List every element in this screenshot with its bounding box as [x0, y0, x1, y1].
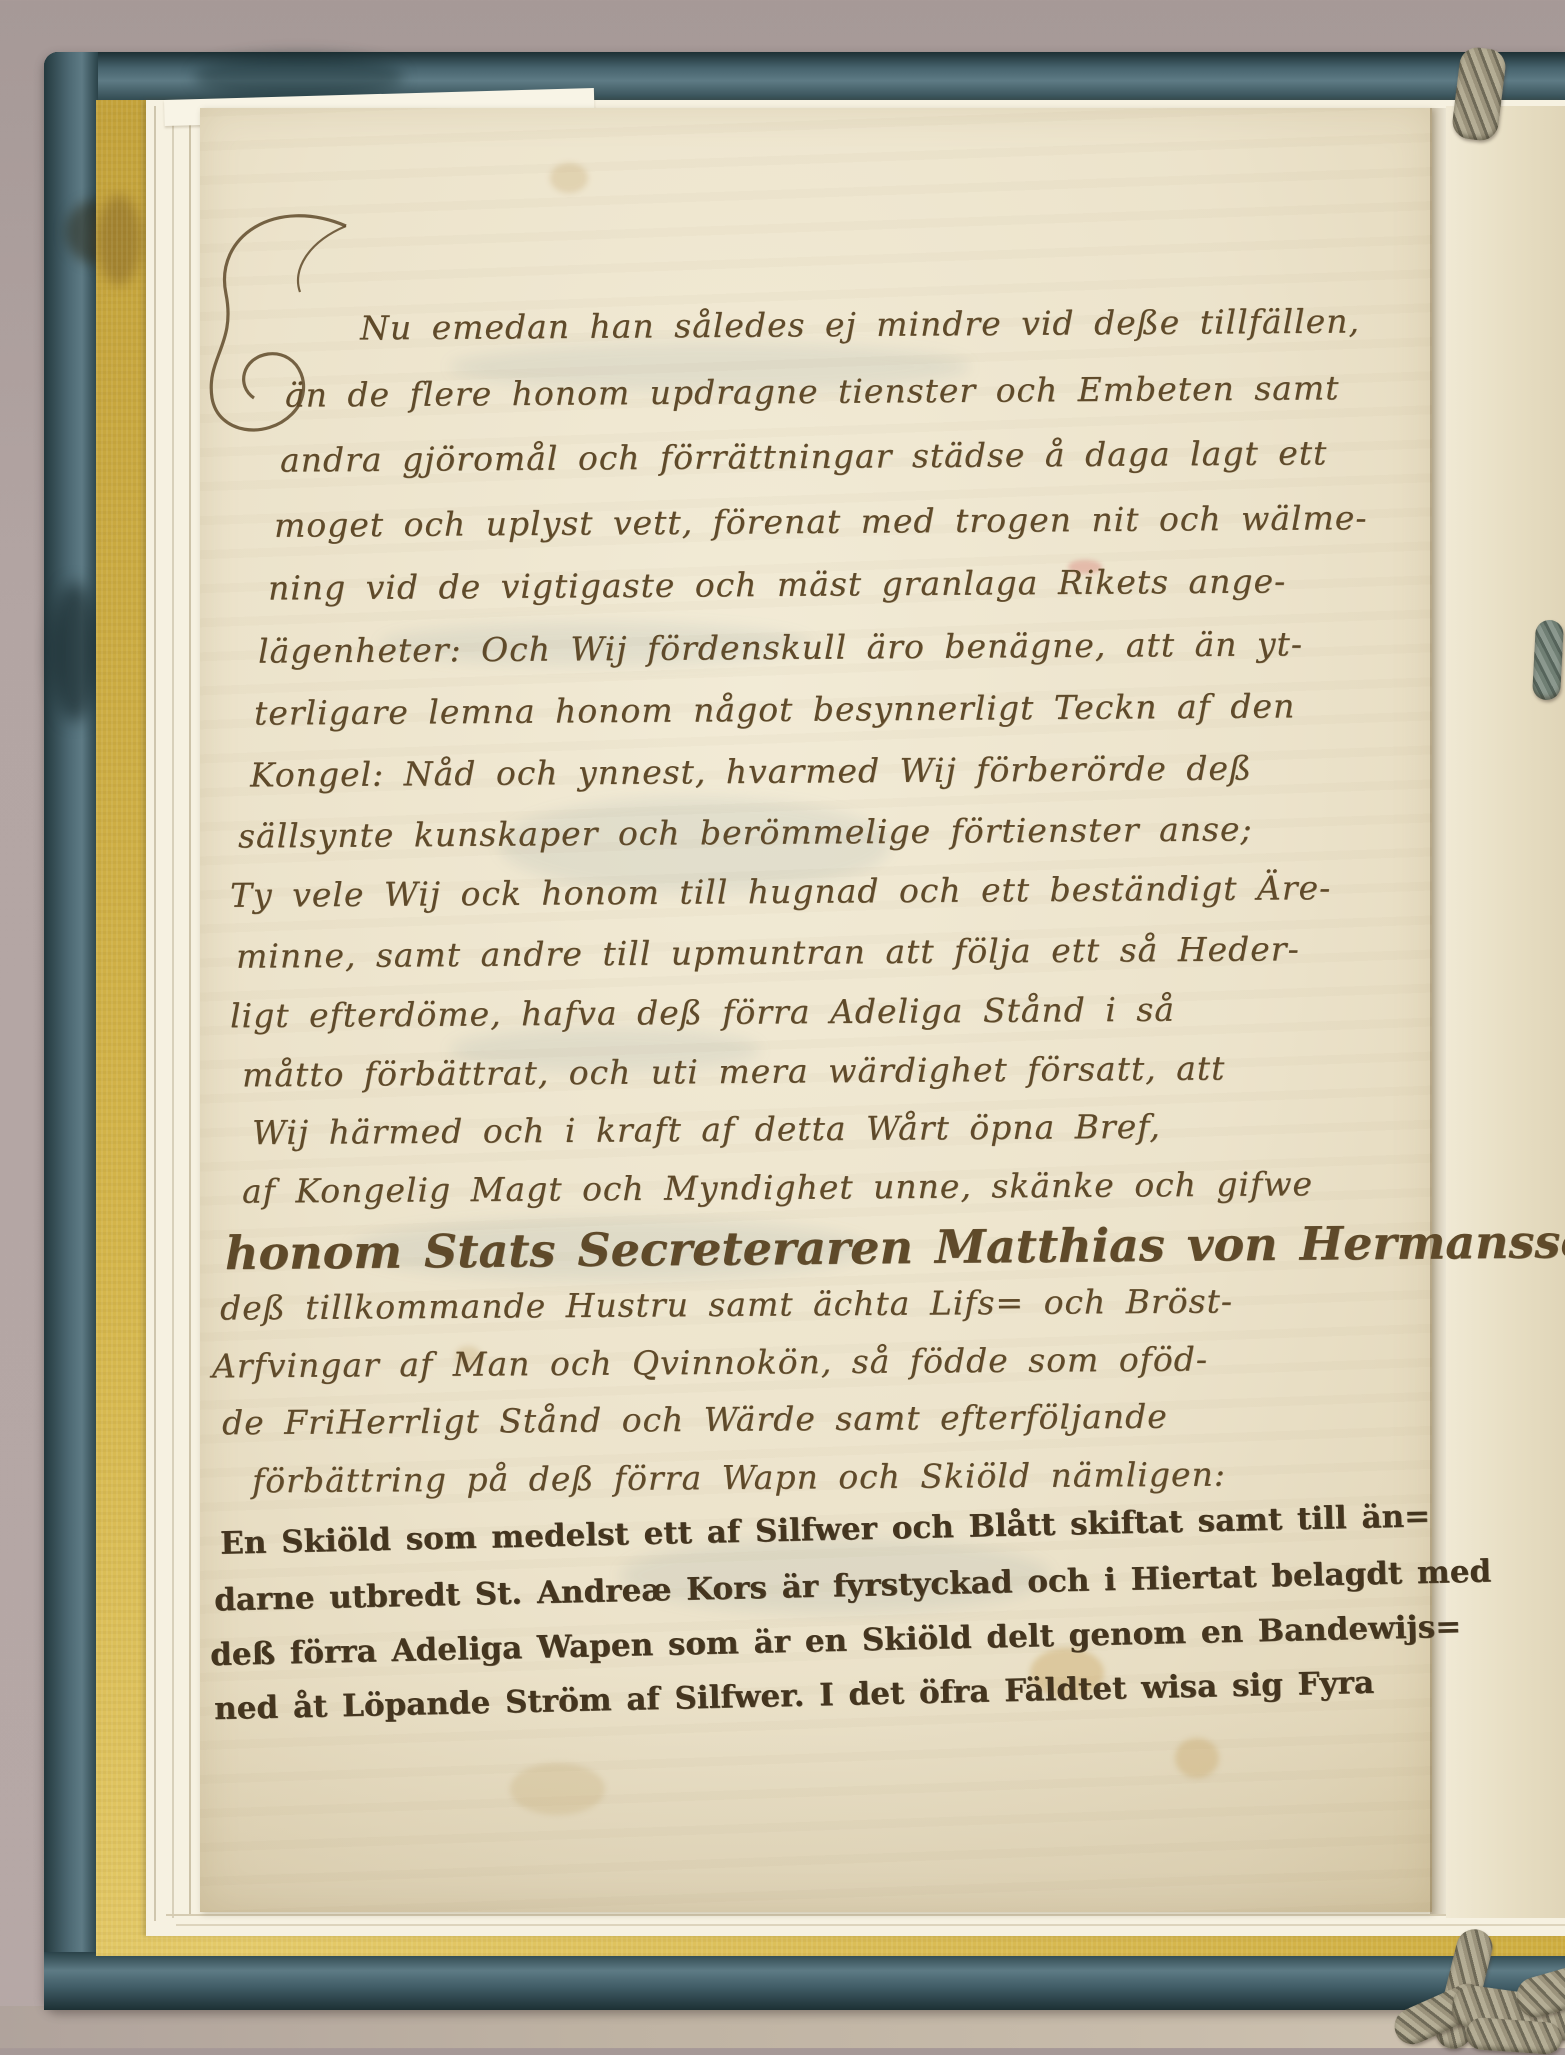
manuscript-photo: Nu emedan han således ej mindre vid deße… [0, 0, 1565, 2048]
manuscript-line-text: förbättring på deß förra Wapn och Skiöld… [252, 1455, 1226, 1501]
table-surface [0, 2006, 1565, 2048]
manuscript-line: de FriHerrligt Stånd och Wärde samt efte… [222, 1397, 1168, 1443]
manuscript-line: lägenheter: Och Wij fördenskull äro benä… [258, 624, 1303, 670]
manuscript-line-text: En Skiöld som medelst ett af Silfwer och… [220, 1498, 1431, 1561]
manuscript-line: Arfvingar af Man och Qvinnokön, så födde… [212, 1340, 1208, 1386]
manuscript-line: Wij härmed och i kraft af detta Wårt öpn… [252, 1107, 1161, 1152]
leaf-edge [189, 114, 191, 1914]
manuscript-line: ning vid de vigtigaste och mäst granlaga… [268, 561, 1286, 607]
manuscript-line: deß tillkommande Hustru samt ächta Lifs=… [220, 1281, 1233, 1327]
manuscript-line-text: Nu emedan han således ej mindre vid deße… [360, 302, 1360, 348]
manuscript-line-text: moget och uplyst vett, förenat med troge… [274, 498, 1368, 545]
manuscript-line: minne, samt andre till upmuntran att föl… [236, 929, 1300, 975]
leaf-edge [154, 106, 156, 1921]
manuscript-line: förbättring på deß förra Wapn och Skiöld… [252, 1455, 1226, 1501]
manuscript-line-text: honom Stats Secreteraren Matthias von He… [225, 1214, 1565, 1280]
manuscript-line: deß förra Adeliga Wapen som är en Skiöld… [210, 1609, 1462, 1673]
velvet-stain [52, 582, 98, 722]
silk-stain [96, 195, 142, 285]
manuscript-page: Nu emedan han således ej mindre vid deße… [200, 108, 1432, 1912]
manuscript-line: af Kongelig Magt och Myndighet unne, skä… [242, 1164, 1313, 1210]
manuscript-line-text: lägenheter: Och Wij fördenskull äro benä… [258, 624, 1303, 670]
manuscript-line-text: Wij härmed och i kraft af detta Wårt öpn… [252, 1107, 1161, 1152]
leaf-edge [172, 110, 174, 1918]
manuscript-line-text: Arfvingar af Man och Qvinnokön, så födde… [212, 1340, 1208, 1386]
manuscript-line: honom Stats Secreteraren Matthias von He… [225, 1214, 1565, 1280]
binding-cord-side [1532, 619, 1564, 700]
manuscript-line-text: darne utbredt St. Andreæ Kors är fyrstyc… [214, 1554, 1492, 1619]
manuscript-line-text: ligt efterdöme, hafva deß förra Adeliga … [230, 990, 1175, 1036]
manuscript-line: Kongel: Nåd och ynnest, hvarmed Wij förb… [250, 749, 1252, 795]
manuscript-line-text: Ty vele Wij ock honom till hugnad och et… [230, 868, 1331, 915]
manuscript-line-text: ning vid de vigtigaste och mäst granlaga… [268, 561, 1286, 607]
page-stack: Nu emedan han således ej mindre vid deße… [146, 100, 1565, 1936]
manuscript-line: darne utbredt St. Andreæ Kors är fyrstyc… [214, 1554, 1492, 1619]
manuscript-line-text: af Kongelig Magt och Myndighet unne, skä… [242, 1164, 1313, 1210]
manuscript-line: ned åt Löpande Ström af Silfwer. I det ö… [214, 1665, 1375, 1727]
manuscript-line-text: sällsynte kunskaper och berömmelige fört… [238, 809, 1253, 855]
manuscript-line: andra gjöromål och förrättningar städse … [280, 433, 1328, 479]
manuscript-line-text: minne, samt andre till upmuntran att föl… [236, 929, 1300, 975]
velvet-stain [194, 54, 404, 100]
manuscript-line-text: än de flere honom updragne tienster och … [285, 368, 1340, 414]
velvet-spine-edge [44, 52, 98, 2010]
manuscript-line: ligt efterdöme, hafva deß förra Adeliga … [230, 990, 1175, 1036]
velvet-bottom-edge [44, 1952, 1565, 2010]
manuscript-line: terligare lemna honom något besynnerligt… [254, 686, 1296, 732]
manuscript-line: Nu emedan han således ej mindre vid deße… [360, 302, 1360, 348]
manuscript-line-text: terligare lemna honom något besynnerligt… [254, 686, 1296, 732]
manuscript-line: sällsynte kunskaper och berömmelige fört… [238, 809, 1253, 855]
manuscript-line-text: deß tillkommande Hustru samt ächta Lifs=… [220, 1281, 1233, 1327]
manuscript-line-text: Kongel: Nåd och ynnest, hvarmed Wij förb… [250, 749, 1252, 795]
manuscript-line-text: de FriHerrligt Stånd och Wärde samt efte… [222, 1397, 1168, 1443]
manuscript-line-text: deß förra Adeliga Wapen som är en Skiöld… [210, 1609, 1462, 1673]
manuscript-line-text: ned åt Löpande Ström af Silfwer. I det ö… [214, 1665, 1375, 1727]
manuscript-line: moget och uplyst vett, förenat med troge… [274, 498, 1368, 545]
leaf-edge [176, 1924, 1565, 1926]
underlying-page-right [1446, 106, 1565, 1918]
leaf-edge [166, 1914, 1546, 1916]
manuscript-line-text: måtto förbättrat, och uti mera wärdighet… [242, 1049, 1226, 1095]
manuscript-line: En Skiöld som medelst ett af Silfwer och… [220, 1498, 1431, 1561]
manuscript-text: Nu emedan han således ej mindre vid deße… [200, 108, 1432, 1912]
manuscript-line: måtto förbättrat, och uti mera wärdighet… [242, 1049, 1226, 1095]
manuscript-line: Ty vele Wij ock honom till hugnad och et… [230, 868, 1331, 915]
manuscript-line: än de flere honom updragne tienster och … [285, 368, 1340, 414]
manuscript-line-text: andra gjöromål och förrättningar städse … [280, 433, 1328, 479]
